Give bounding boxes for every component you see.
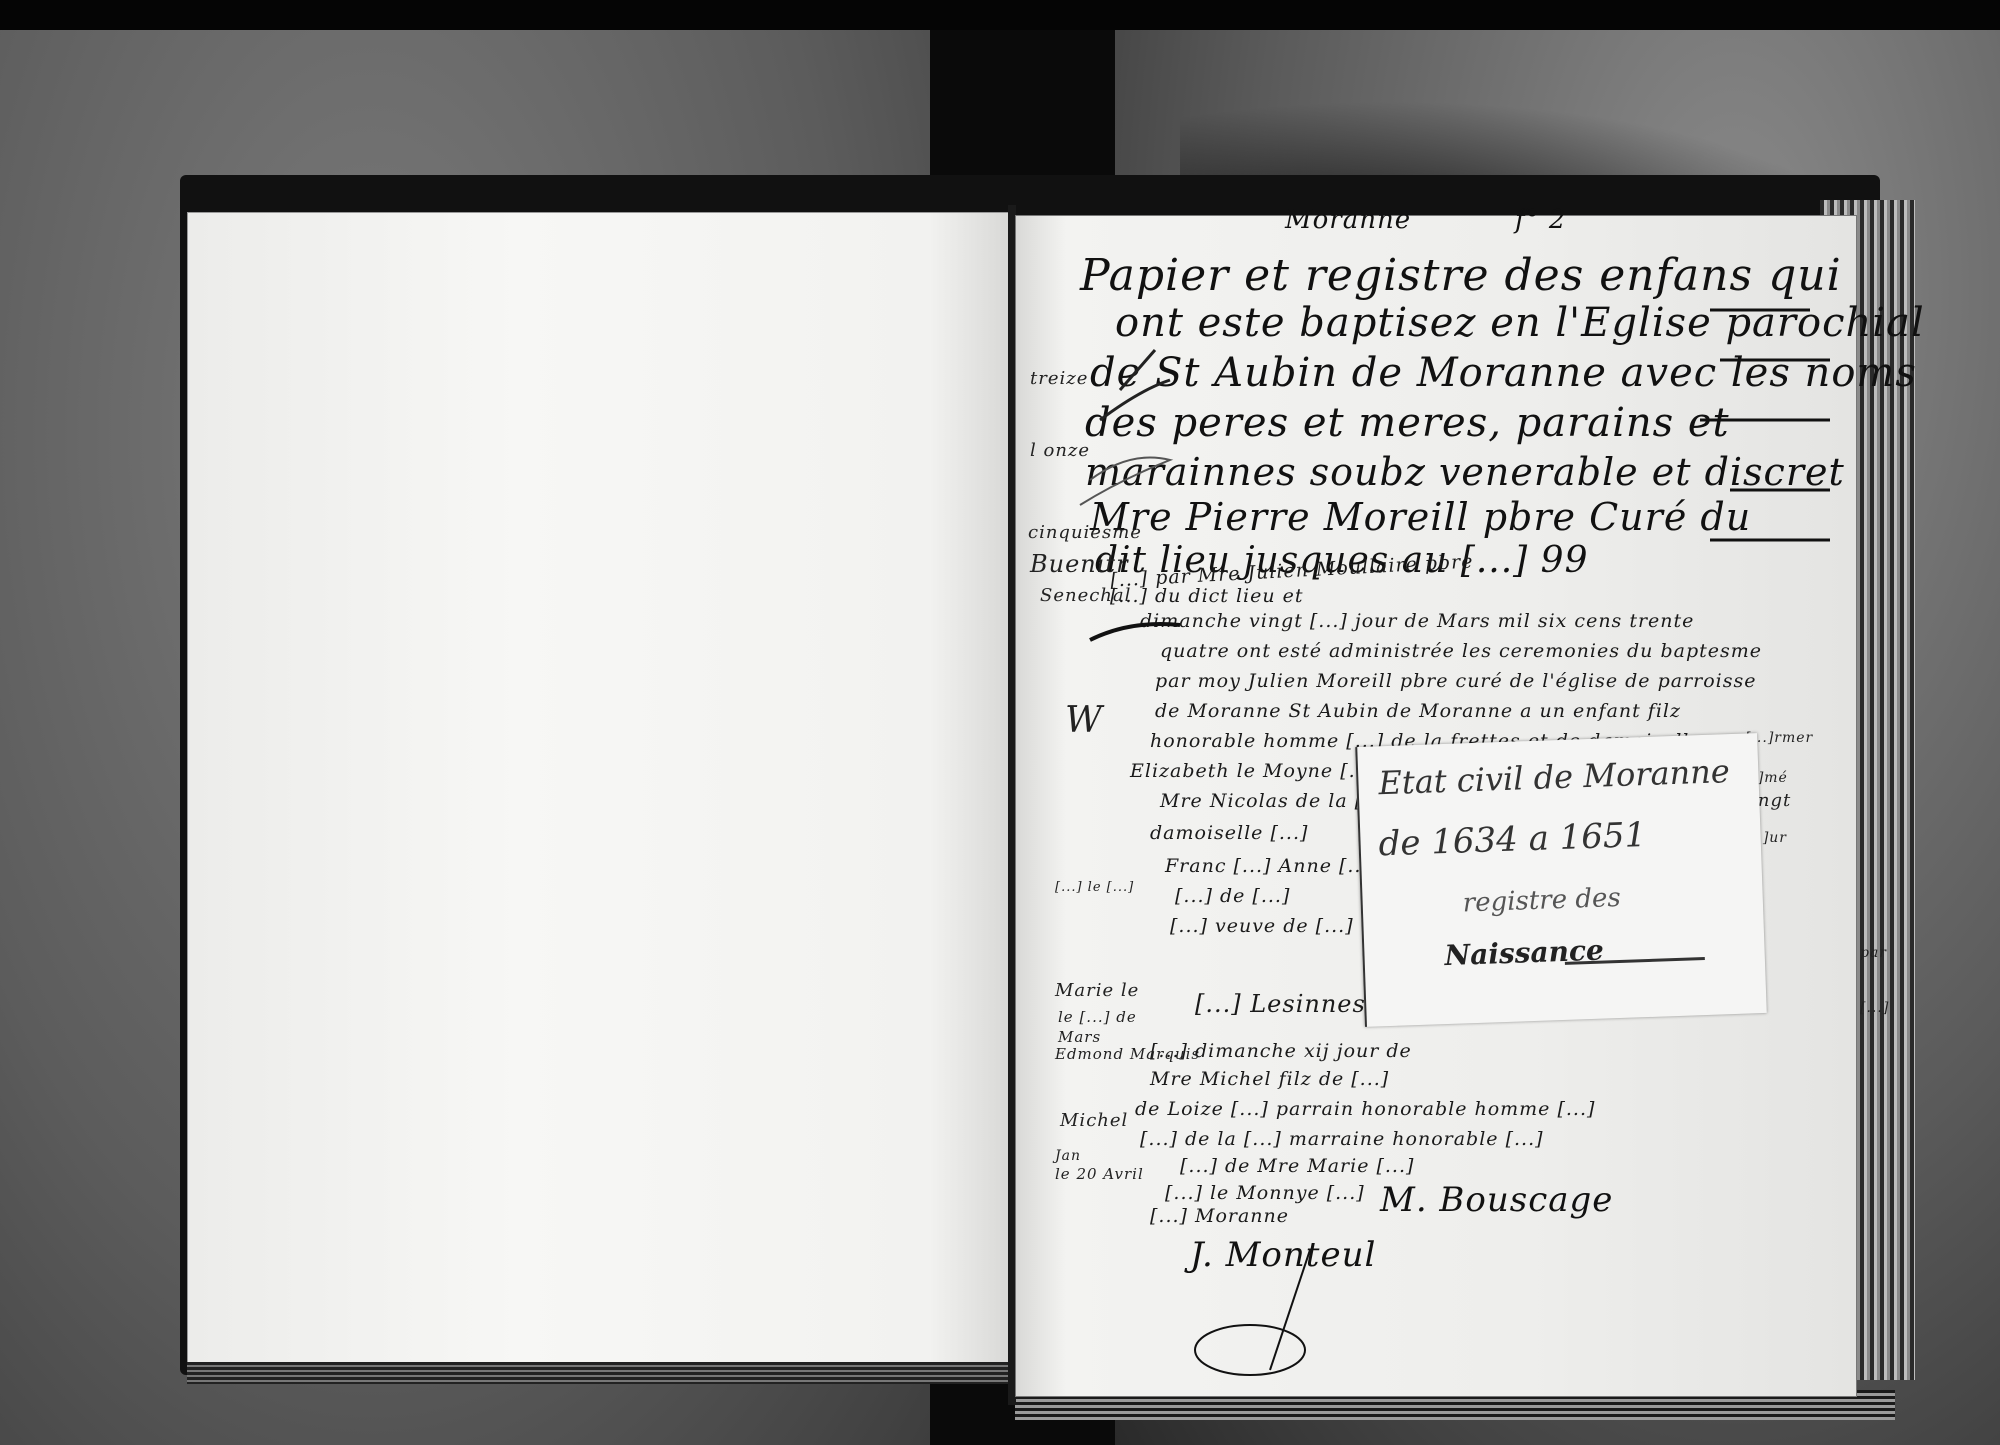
entry-line: [...] Moranne bbox=[1150, 1205, 1289, 1227]
entry-line: [...] Lesinnes bbox=[1195, 990, 1366, 1018]
margin-note: Michel bbox=[1060, 1110, 1128, 1131]
entry-line: Franc [...] Anne [...] bbox=[1165, 855, 1377, 877]
signature: M. Bouscage bbox=[1380, 1180, 1613, 1220]
margin-note: par bbox=[1860, 945, 1887, 961]
heading-line: Papier et registre des enfans qui bbox=[1080, 250, 1842, 301]
left-page-edge bbox=[187, 1362, 1010, 1384]
margin-note: le [...] de bbox=[1058, 1008, 1137, 1026]
archive-label-card: Etat civil de Moranne de 1634 a 1651 reg… bbox=[1355, 733, 1767, 1027]
entry-line: Mre Michel filz de [...] bbox=[1150, 1068, 1389, 1090]
entry-line: [...] de Mre Marie [...] bbox=[1180, 1155, 1414, 1177]
margin-note: le 20 Avril bbox=[1055, 1165, 1144, 1183]
right-margin-strokes-icon bbox=[1690, 300, 1840, 560]
entry-line: quatre ont esté administrée les ceremoni… bbox=[1160, 640, 1762, 662]
signature-flourish-icon bbox=[1180, 1240, 1360, 1380]
entry-line: [...] de la [...] marraine honorable [..… bbox=[1140, 1128, 1544, 1150]
header-folio: f° 2 bbox=[1515, 205, 1566, 235]
label-register-type: registre des bbox=[1462, 883, 1621, 918]
entry-line: [...] le Monnye [...] bbox=[1165, 1182, 1365, 1204]
label-date-range: de 1634 a 1651 bbox=[1378, 815, 1647, 864]
entry-line: dimanche vingt [...] jour de Mars mil si… bbox=[1140, 610, 1694, 632]
entry-line: [...] de [...] bbox=[1175, 885, 1290, 907]
margin-note: [...] bbox=[1860, 1000, 1889, 1016]
margin-note: Marie le bbox=[1055, 980, 1139, 1001]
entry-line: par moy Julien Moreill pbre curé de l'ég… bbox=[1155, 670, 1757, 692]
label-title: Etat civil de Moranne bbox=[1378, 752, 1730, 802]
margin-note: Edmond Marquis bbox=[1055, 1045, 1200, 1063]
left-page-blank bbox=[187, 212, 1012, 1364]
label-naissance: Naissance bbox=[1444, 934, 1604, 973]
margin-note: Mars bbox=[1058, 1028, 1101, 1046]
entry-line: damoiselle [...] bbox=[1150, 822, 1308, 844]
entry-line: de Loize [...] parrain honorable homme [… bbox=[1135, 1098, 1595, 1120]
margin-flourish-icon bbox=[1060, 330, 1180, 750]
entry-line: de Moranne St Aubin de Moranne a un enfa… bbox=[1155, 700, 1681, 722]
heading-line: Mre Pierre Moreill pbre Curé du bbox=[1090, 495, 1751, 539]
entry-line: [...] veuve de [...] bbox=[1170, 915, 1354, 937]
margin-note: [...] le [...] bbox=[1055, 880, 1134, 895]
margin-note: Jan bbox=[1055, 1148, 1081, 1164]
heading-line: des peres et meres, parains et bbox=[1085, 400, 1730, 446]
background-top-bar bbox=[0, 0, 2000, 30]
header-place: Moranne bbox=[1285, 205, 1411, 235]
